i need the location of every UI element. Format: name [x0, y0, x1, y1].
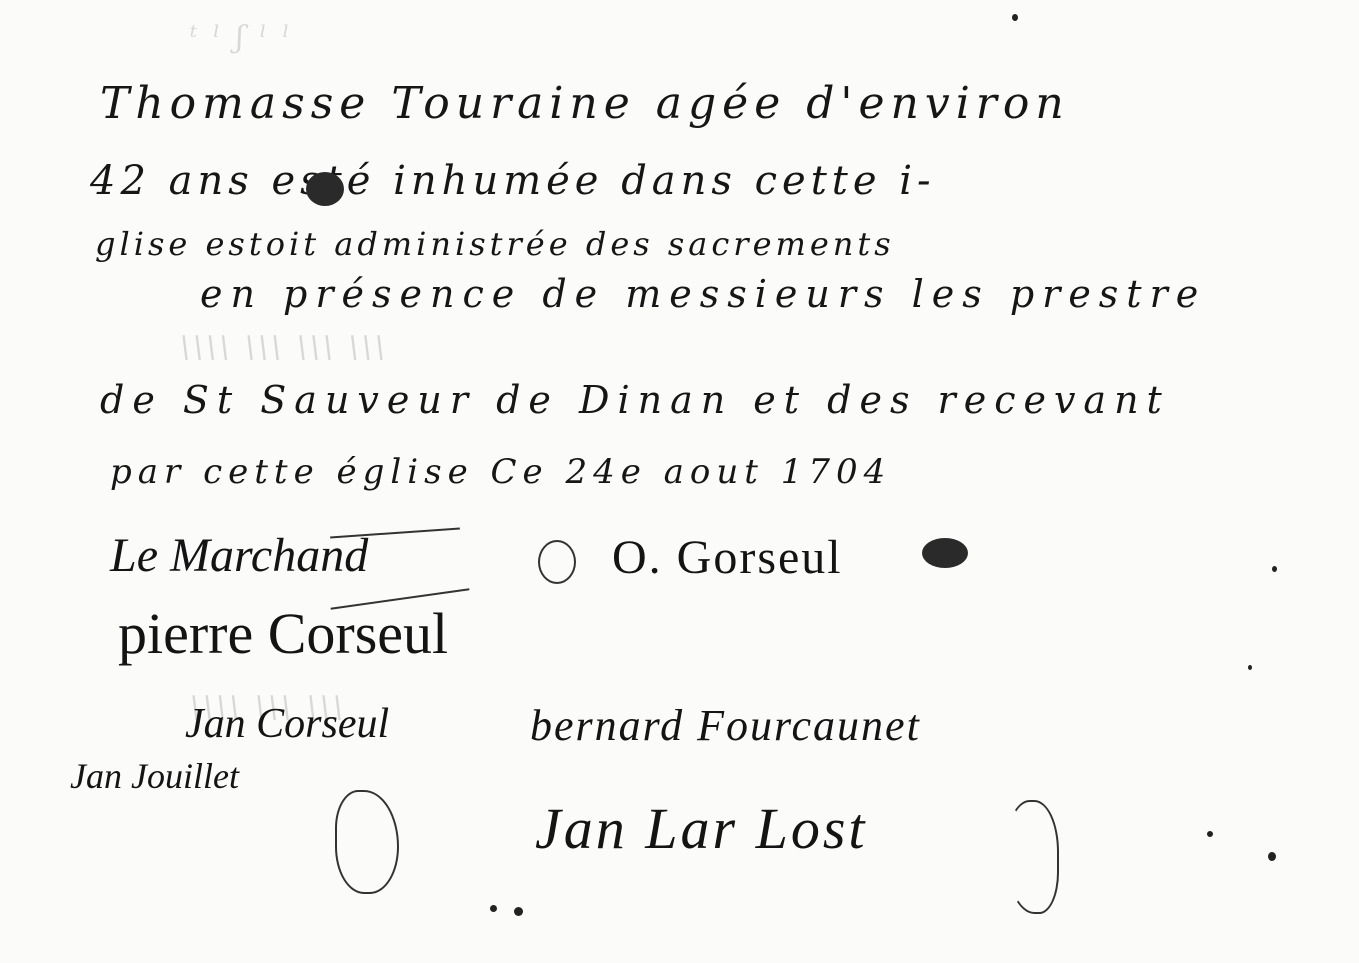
signature-bernard-fourcaunet: bernard Fourcaunet: [530, 700, 921, 751]
signature-jan-jouillet: Jan Jouillet: [70, 755, 239, 797]
record-line-6-text: par cette église Ce 24e aout 1704: [110, 452, 891, 492]
ink-speck: [1268, 852, 1276, 861]
document-page: ᵗ ˡ ʃ ˡ ˡ \\\\ \\\ \\\ \\\ \\\\ \\\ \\\ …: [0, 0, 1359, 963]
signature-jan-corseul: Jan Corseul: [185, 700, 389, 748]
record-line-4-text: en présence de messieurs les prestre: [200, 272, 1206, 316]
signature-jan-lar-lost: Jan Lar Lost: [535, 795, 868, 862]
signature-text: O. Gorseul: [612, 531, 843, 584]
paraphe-loop: [335, 790, 399, 894]
signature-text: pierre Corseul: [118, 601, 448, 666]
ink-speck: [1248, 665, 1252, 670]
ink-speck: [514, 907, 523, 916]
ink-speck: [490, 905, 497, 912]
signature-text: Jan Corseul: [185, 701, 389, 747]
record-line-1: Thomasse Touraine agée d'environ: [100, 78, 1070, 129]
ink-blot: [306, 172, 344, 206]
record-line-3: glise estoit administrée des sacrements: [95, 225, 895, 263]
record-line-5: de St Sauveur de Dinan et des recevant: [100, 378, 1170, 422]
ink-speck: [1012, 14, 1018, 21]
bleed-through-text: \\\\ \\\ \\\ \\\: [180, 330, 388, 365]
record-line-5-text: de St Sauveur de Dinan et des recevant: [100, 378, 1170, 422]
ink-speck: [1272, 566, 1277, 572]
signature-o-gorseul: O. Gorseul: [612, 530, 843, 585]
record-line-1-text: Thomasse Touraine agée d'environ: [100, 78, 1070, 129]
signature-text: Jan Jouillet: [70, 756, 239, 796]
paraphe-loop: [538, 540, 576, 584]
record-line-2-text: 42 ans esté inhumée dans cette i-: [90, 158, 936, 204]
ink-speck: [1207, 831, 1213, 837]
record-line-2: 42 ans esté inhumée dans cette i-: [90, 158, 936, 204]
signature-pierre-corseul: pierre Corseul: [118, 600, 448, 667]
bleed-through-text: ᵗ ˡ ʃ ˡ ˡ: [190, 20, 293, 55]
ink-blot: [922, 538, 968, 568]
record-line-3-text: glise estoit administrée des sacrements: [95, 225, 895, 263]
record-line-6: par cette église Ce 24e aout 1704: [110, 452, 891, 492]
record-line-4: en présence de messieurs les prestre: [200, 272, 1206, 316]
signature-text: Jan Lar Lost: [535, 796, 868, 861]
paraphe-loop: [1005, 800, 1059, 914]
signature-text: bernard Fourcaunet: [530, 701, 921, 750]
